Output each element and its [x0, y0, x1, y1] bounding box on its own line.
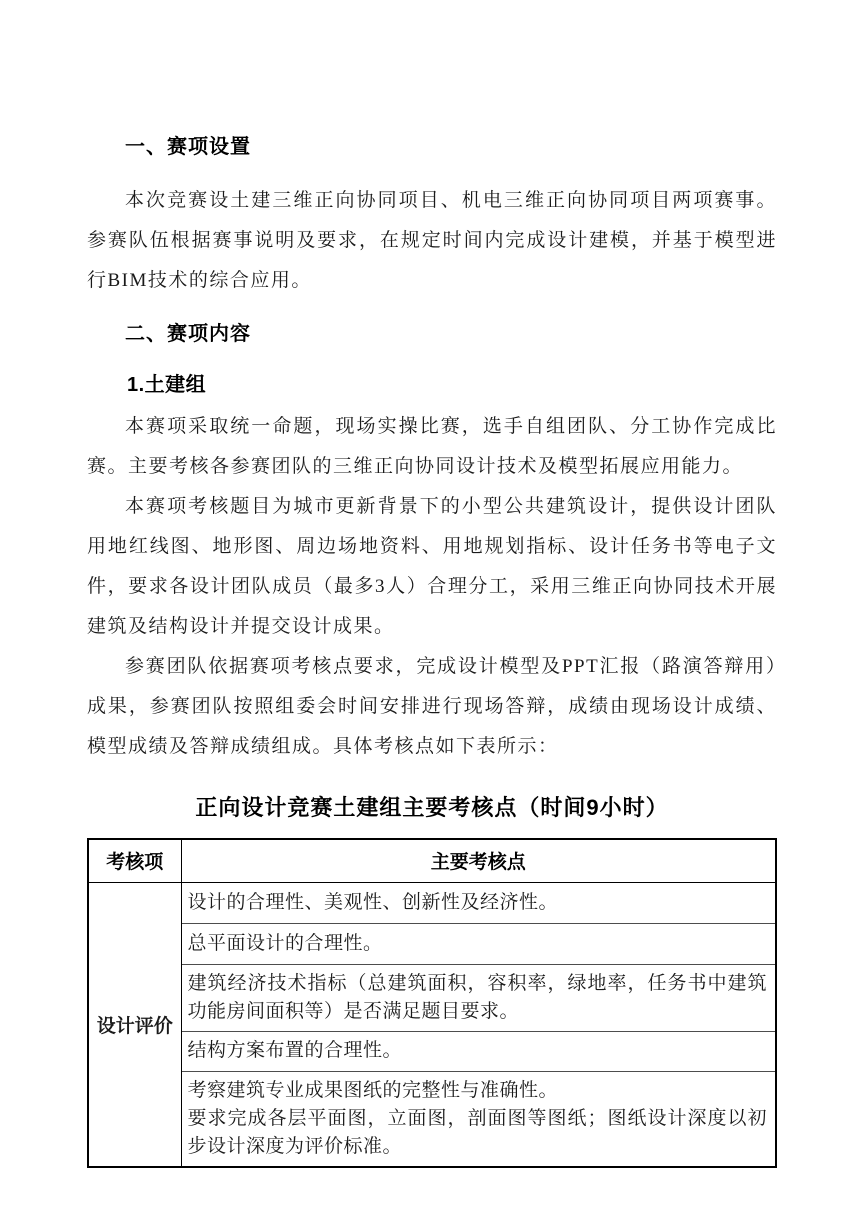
table-header-item: 考核项 — [88, 839, 181, 882]
table-header-row: 考核项 主要考核点 — [88, 839, 776, 882]
table-cell-line: 考察建筑专业成果图纸的完整性与准确性。 — [188, 1077, 768, 1105]
table-cell: 设计的合理性、美观性、创新性及经济性。 — [181, 882, 776, 923]
paragraph-competition-setup: 本次竞赛设土建三维正向协同项目、机电三维正向协同项目两项赛事。参赛队伍根据赛事说… — [87, 181, 777, 301]
table-cell-multiline: 考察建筑专业成果图纸的完整性与准确性。 要求完成各层平面图，立面图，剖面图等图纸… — [181, 1071, 776, 1167]
paragraph-competition-format: 本赛项采取统一命题，现场实操比赛，选手自组团队、分工协作完成比赛。主要考核各参赛… — [87, 407, 777, 487]
paragraph-scoring: 参赛团队依据赛项考核点要求，完成设计模型及PPT汇报（路演答辩用）成果，参赛团队… — [87, 647, 777, 767]
table-row: 总平面设计的合理性。 — [88, 923, 776, 964]
section-heading-1: 一、赛项设置 — [87, 130, 777, 159]
document-page: 一、赛项设置 本次竞赛设土建三维正向协同项目、机电三维正向协同项目两项赛事。参赛… — [0, 0, 865, 1231]
table-group-label: 设计评价 — [88, 882, 181, 1167]
table-row: 设计评价 设计的合理性、美观性、创新性及经济性。 — [88, 882, 776, 923]
table-title: 正向设计竞赛土建组主要考核点（时间9小时） — [87, 791, 777, 822]
table-cell: 总平面设计的合理性。 — [181, 923, 776, 964]
table-row: 建筑经济技术指标（总建筑面积，容积率，绿地率，任务书中建筑功能房间面积等）是否满… — [88, 964, 776, 1031]
table-header-points: 主要考核点 — [181, 839, 776, 882]
table-row: 考察建筑专业成果图纸的完整性与准确性。 要求完成各层平面图，立面图，剖面图等图纸… — [88, 1071, 776, 1167]
assessment-table: 考核项 主要考核点 设计评价 设计的合理性、美观性、创新性及经济性。 总平面设计… — [87, 838, 777, 1168]
table-row: 结构方案布置的合理性。 — [88, 1031, 776, 1071]
table-cell: 建筑经济技术指标（总建筑面积，容积率，绿地率，任务书中建筑功能房间面积等）是否满… — [181, 964, 776, 1031]
subsection-heading-civil-group: 1.土建组 — [87, 368, 777, 397]
table-cell-line: 要求完成各层平面图，立面图，剖面图等图纸；图纸设计深度以初步设计深度为评价标准。 — [188, 1105, 768, 1161]
table-cell: 结构方案布置的合理性。 — [181, 1031, 776, 1071]
paragraph-competition-topic: 本赛项考核题目为城市更新背景下的小型公共建筑设计，提供设计团队用地红线图、地形图… — [87, 487, 777, 647]
section-heading-2: 二、赛项内容 — [87, 317, 777, 346]
